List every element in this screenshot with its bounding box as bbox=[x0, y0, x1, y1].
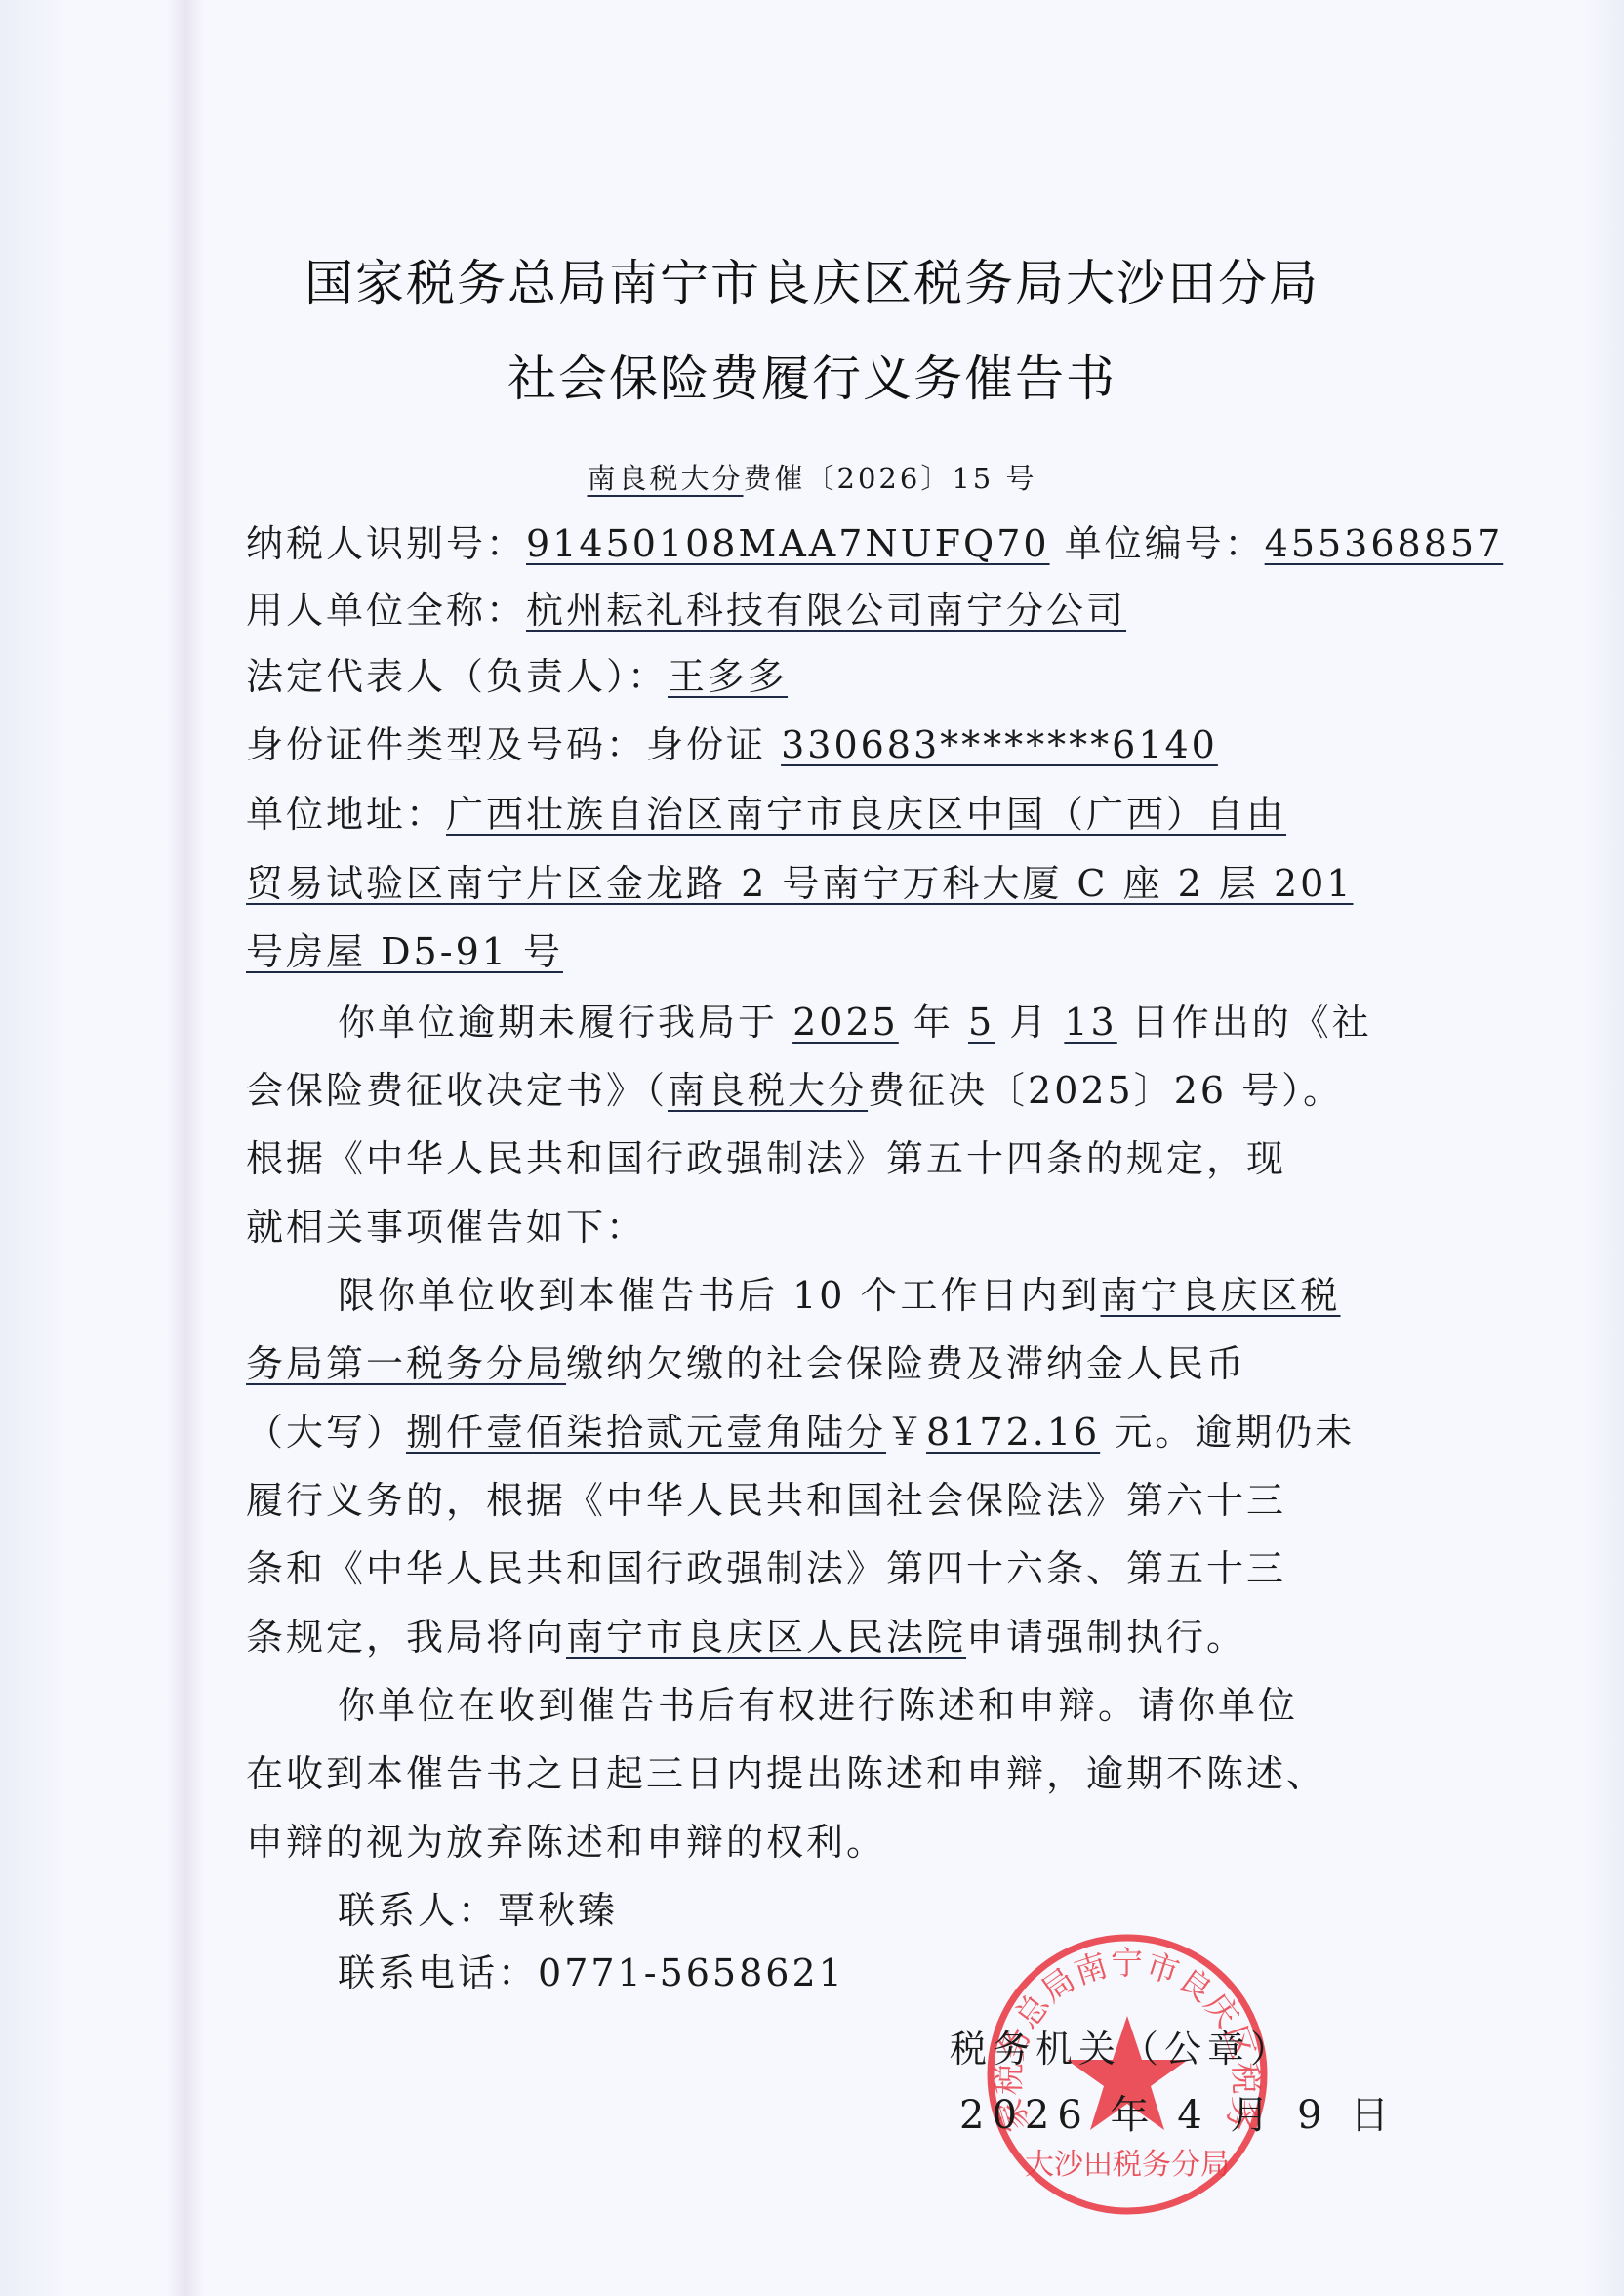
id-number-value: 330683********6140 bbox=[781, 723, 1218, 766]
employer-label: 用人单位全称： bbox=[246, 589, 526, 632]
payment-office: 南宁良庆区税 bbox=[1101, 1274, 1341, 1317]
contact-phone-label: 联系电话： bbox=[338, 1951, 538, 1994]
decision-day: 13 bbox=[1064, 1001, 1116, 1044]
text: 费征决〔2025〕26 号）。 bbox=[868, 1069, 1343, 1112]
document-title: 社会保险费履行义务催告书 bbox=[0, 340, 1624, 410]
currency-symbol: ￥ bbox=[886, 1411, 926, 1454]
employer-line: 用人单位全称：杭州耘礼科技有限公司南宁分公司 bbox=[246, 592, 1126, 629]
legal-rep-label: 法定代表人（负责人）： bbox=[246, 655, 668, 698]
signature-label: 税务机关（公章） bbox=[950, 2019, 1293, 2072]
text: 年 bbox=[899, 1001, 968, 1044]
contact-person-line: 联系人：覃秋臻 bbox=[338, 1892, 618, 1929]
id-label: 身份证件类型及号码：身份证 bbox=[246, 723, 781, 766]
decision-year: 2025 bbox=[792, 1001, 899, 1044]
amount-in-words: 捌仟壹佰柒拾贰元壹角陆分 bbox=[406, 1411, 886, 1454]
address-line-1: 单位地址：广西壮族自治区南宁市良庆区中国（广西）自由 bbox=[246, 796, 1286, 833]
taxpayer-id-line: 纳税人识别号：91450108MAA7NUFQ70 单位编号：455368857 bbox=[246, 525, 1503, 562]
decision-month: 5 bbox=[968, 1001, 995, 1044]
contact-phone-line: 联系电话：0771-5658621 bbox=[338, 1954, 845, 1991]
signature-date: 2026 年 4 月 9 日 bbox=[959, 2084, 1397, 2140]
taxpayer-id-label: 纳税人识别号： bbox=[246, 522, 526, 565]
para1-line4: 就相关事项催告如下： bbox=[246, 1209, 646, 1246]
address-value-1: 广西壮族自治区南宁市良庆区中国（广西）自由 bbox=[446, 793, 1286, 836]
para1-line1: 你单位逾期未履行我局于 2025 年 5 月 13 日作出的《社 bbox=[338, 1004, 1372, 1041]
para1-line2: 会保险费征收决定书》（南良税大分费征决〔2025〕26 号）。 bbox=[246, 1072, 1343, 1109]
text: 你单位逾期未履行我局于 bbox=[338, 1001, 792, 1044]
text: 申请强制执行。 bbox=[966, 1616, 1246, 1659]
contact-person-label: 联系人： bbox=[338, 1889, 498, 1932]
document-number: 南良税大分费催〔2026〕15 号 bbox=[0, 457, 1624, 497]
unit-no-label: 单位编号： bbox=[1050, 522, 1265, 565]
text: 会保险费征收决定书》（ bbox=[246, 1069, 668, 1112]
para3-line1: 你单位在收到催告书后有权进行陈述和申辩。请你单位 bbox=[338, 1687, 1298, 1724]
text: 月 bbox=[995, 1001, 1064, 1044]
address-value-3: 号房屋 D5-91 号 bbox=[246, 930, 563, 973]
para1-line3: 根据《中华人民共和国行政强制法》第五十四条的规定，现 bbox=[246, 1140, 1286, 1177]
court-name: 南宁市良庆区人民法院 bbox=[566, 1616, 966, 1659]
address-value-2: 贸易试验区南宁片区金龙路 2 号南宁万科大厦 C 座 2 层 201 bbox=[246, 862, 1354, 905]
address-line-3: 号房屋 D5-91 号 bbox=[246, 933, 563, 970]
id-line: 身份证件类型及号码：身份证 330683********6140 bbox=[246, 726, 1218, 763]
contact-person: 覃秋臻 bbox=[498, 1889, 618, 1932]
doc-number-prefix: 南良税大分 bbox=[588, 462, 744, 495]
unit-no-value: 455368857 bbox=[1265, 522, 1504, 565]
contact-phone: 0771-5658621 bbox=[538, 1951, 845, 1994]
para2-line2: 务局第一税务分局缴纳欠缴的社会保险费及滞纳金人民币 bbox=[246, 1345, 1246, 1382]
official-seal: 国家税务总局南宁市良庆区税务局 大沙田税务分局 bbox=[981, 1928, 1274, 2221]
address-label: 单位地址： bbox=[246, 793, 446, 836]
para2-line5: 条和《中华人民共和国行政强制法》第四十六条、第五十三 bbox=[246, 1550, 1286, 1587]
legal-rep-value: 王多多 bbox=[668, 655, 788, 698]
para3-line3: 申辩的视为放弃陈述和申辩的权利。 bbox=[246, 1824, 886, 1861]
text: （大写） bbox=[246, 1411, 406, 1454]
doc-number-rest: 费催〔2026〕15 号 bbox=[744, 462, 1037, 495]
para2-line4: 履行义务的，根据《中华人民共和国社会保险法》第六十三 bbox=[246, 1482, 1286, 1519]
seal-bottom-text: 大沙田税务分局 bbox=[1025, 2148, 1230, 2182]
address-line-2: 贸易试验区南宁片区金龙路 2 号南宁万科大厦 C 座 2 层 201 bbox=[246, 865, 1354, 902]
text: 缴纳欠缴的社会保险费及滞纳金人民币 bbox=[566, 1342, 1246, 1385]
text: 元。逾期仍未 bbox=[1100, 1411, 1355, 1454]
amount-number: 8172.16 bbox=[926, 1411, 1100, 1454]
document-title-issuer: 国家税务总局南宁市良庆区税务局大沙田分局 bbox=[0, 244, 1624, 314]
document-page: 国家税务总局南宁市良庆区税务局大沙田分局 社会保险费履行义务催告书 南良税大分费… bbox=[0, 0, 1624, 2296]
para2-line3: （大写）捌仟壹佰柒拾贰元壹角陆分￥8172.16 元。逾期仍未 bbox=[246, 1414, 1355, 1451]
payment-office-cont: 务局第一税务分局 bbox=[246, 1342, 566, 1385]
para3-line2: 在收到本催告书之日起三日内提出陈述和申辩，逾期不陈述、 bbox=[246, 1755, 1326, 1792]
para2-line6: 条规定，我局将向南宁市良庆区人民法院申请强制执行。 bbox=[246, 1619, 1246, 1656]
employer-value: 杭州耘礼科技有限公司南宁分公司 bbox=[526, 589, 1126, 632]
text: 日作出的《社 bbox=[1117, 1001, 1372, 1044]
taxpayer-id-value: 91450108MAA7NUFQ70 bbox=[526, 522, 1050, 565]
decision-prefix: 南良税大分 bbox=[668, 1069, 868, 1112]
para2-line1: 限你单位收到本催告书后 10 个工作日内到南宁良庆区税 bbox=[338, 1277, 1341, 1314]
text: 限你单位收到本催告书后 10 个工作日内到 bbox=[338, 1274, 1101, 1317]
legal-rep-line: 法定代表人（负责人）：王多多 bbox=[246, 658, 788, 695]
text: 条规定，我局将向 bbox=[246, 1616, 566, 1659]
